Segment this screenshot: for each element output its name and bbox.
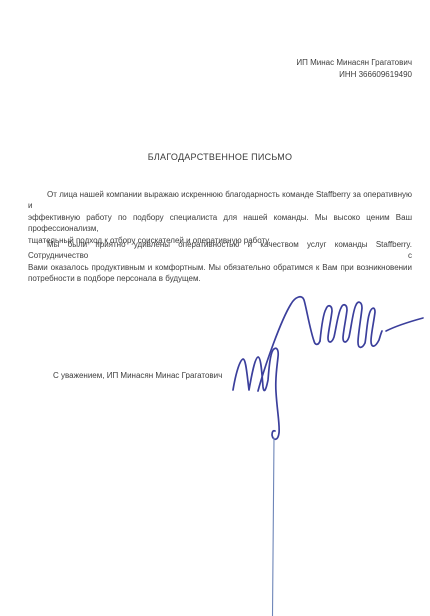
signature-stroke-tail (273, 438, 275, 616)
paragraph-2: Мы были приятно удивлены оперативностью … (28, 239, 412, 285)
sender-inn: ИНН 366609619490 (296, 69, 412, 81)
paragraph-line: эффективную работу по подбору специалист… (28, 212, 412, 235)
paragraph-line: потребности в подборе персонала в будуще… (28, 273, 412, 284)
signoff-line: С уважением, ИП Минасян Минас Грагатович (28, 370, 310, 381)
sender-name: ИП Минас Минасян Грагатович (296, 57, 412, 69)
signature-stroke-loops (320, 302, 382, 347)
paragraph-1: От лица нашей компании выражаю искреннюю… (28, 189, 412, 246)
letter-page: ИП Минас Минасян Грагатович ИНН 36660961… (0, 0, 430, 616)
paragraph-line: Мы были приятно удивлены оперативностью … (28, 239, 412, 262)
paragraph-line: От лица нашей компании выражаю искреннюю… (28, 189, 412, 212)
letter-title: БЛАГОДАРСТВЕННОЕ ПИСЬМО (28, 152, 412, 162)
paragraph-line: Вами оказалось продуктивным и комфортным… (28, 262, 412, 273)
sender-block: ИП Минас Минасян Грагатович ИНН 36660961… (296, 57, 412, 80)
signature-stroke-dash (386, 318, 423, 331)
signature-stroke-m (233, 348, 279, 439)
handwritten-signature (0, 0, 430, 616)
